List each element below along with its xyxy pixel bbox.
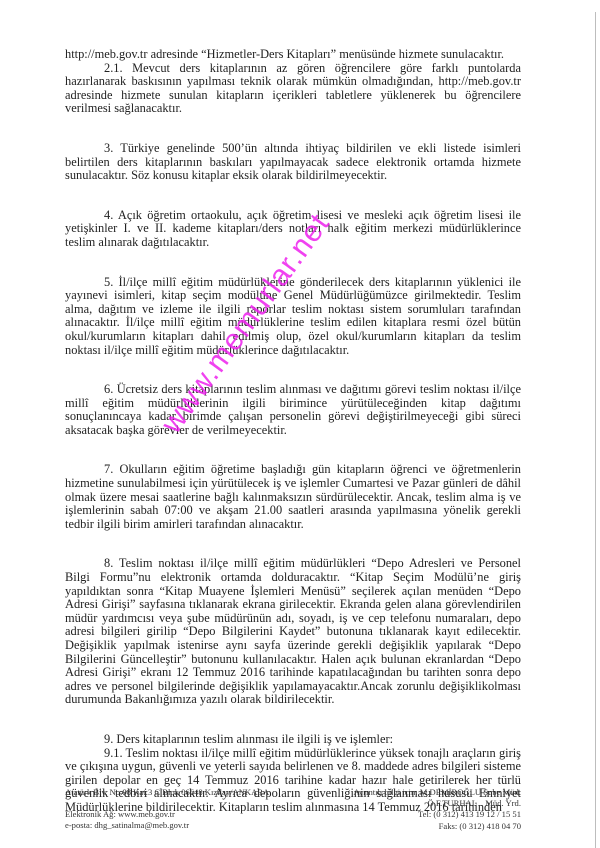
footer-email: e-posta: dhg_satinalma@meb.gov.tr (65, 820, 305, 831)
footer-web: Elektronik Ağ: www.meb.gov.tr (65, 809, 305, 820)
footer-contact-2: Ö.F.TURHAL Müd. Yrd. (301, 798, 521, 809)
paragraph-4: 4. Açık öğretim ortaokulu, açık öğretim … (65, 209, 521, 250)
footer-address: Atatürk Blv. No:98 Kat:3 C Blok 06648 Kı… (65, 787, 305, 798)
paragraph-7: 7. Okulların eğitim öğretime başladığı g… (65, 463, 521, 531)
paragraph-6: 6. Ücretsiz ders kitaplarının teslim alı… (65, 383, 521, 437)
paragraph-3: 3. Türkiye genelinde 500’ün altında ihti… (65, 142, 521, 183)
paragraph-2-1: 2.1. Mevcut ders kitaplarının az gören ö… (65, 62, 521, 116)
footer-contact-1: Ayrıntılı bilgi için: M.DEMİROĞLU Şube M… (301, 787, 521, 798)
footer-left: Atatürk Blv. No:98 Kat:3 C Blok 06648 Kı… (65, 787, 305, 832)
paragraph-9-heading: 9. Ders kitaplarının teslim alınması ile… (65, 733, 521, 747)
paragraph-5: 5. İl/ilçe millî eğitim müdürlüklerine g… (65, 276, 521, 358)
paragraph-intro: http://meb.gov.tr adresinde “Hizmetler-D… (65, 48, 521, 62)
footer-phone: Tel: (0 312) 413 19 12 / 15 51 (301, 809, 521, 820)
document-body: http://meb.gov.tr adresinde “Hizmetler-D… (65, 48, 521, 815)
footer-fax: Faks: (0 312) 418 04 70 (301, 821, 521, 832)
scan-edge-line (595, 12, 596, 848)
paragraph-8: 8. Teslim noktası il/ilçe millî eğitim m… (65, 557, 521, 707)
footer-right: Ayrıntılı bilgi için: M.DEMİROĞLU Şube M… (301, 787, 521, 832)
